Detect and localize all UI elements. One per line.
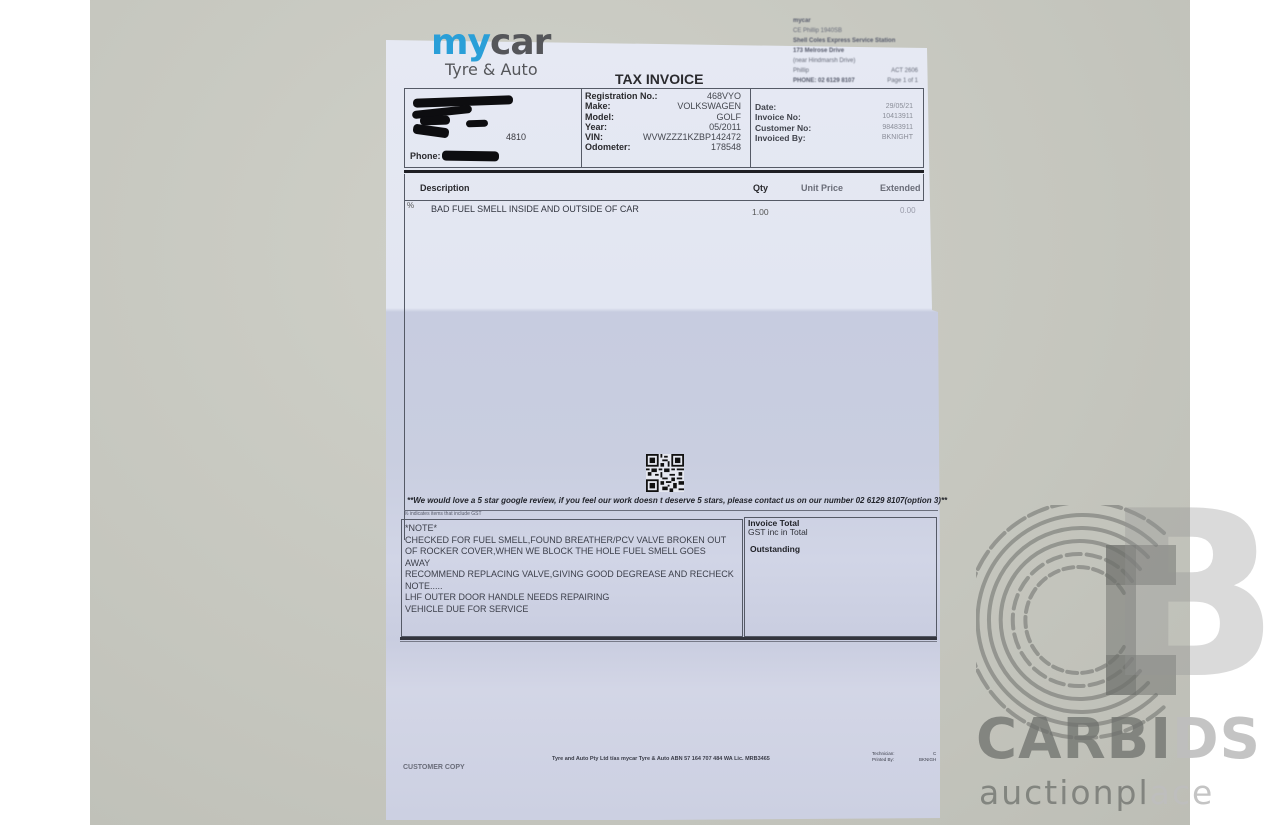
vehicle-row: Model:GOLF xyxy=(585,112,741,122)
customer-postcode: 4810 xyxy=(506,132,526,142)
review-request: **We would love a 5 star google review, … xyxy=(407,496,947,505)
vehicle-label: VIN: xyxy=(585,132,603,142)
redaction-phone xyxy=(442,151,499,162)
vehicle-label: Odometer: xyxy=(585,142,631,152)
vehicle-value: 178548 xyxy=(711,142,741,152)
vehicle-row: Make:VOLKSWAGEN xyxy=(585,101,741,111)
technician-notes: *NOTE* CHECKED FOR FUEL SMELL,FOUND BREA… xyxy=(405,523,734,615)
watermark-brand: CARBIDS xyxy=(976,712,1261,768)
vehicle-label: Model: xyxy=(585,112,614,122)
customer-copy-label: CUSTOMER COPY xyxy=(403,764,465,771)
detail-row: Invoiced By:BKNIGHT xyxy=(755,133,913,143)
store-state-postcode: ACT 2606 xyxy=(891,66,918,76)
detail-label: Invoice No: xyxy=(755,112,801,122)
watermark-b-letter: B xyxy=(1104,482,1279,712)
table-left-border xyxy=(404,200,405,540)
detail-label: Date: xyxy=(755,102,776,112)
logo-my: my xyxy=(431,22,490,63)
detail-row: Date:29/05/21 xyxy=(755,102,913,112)
invoice-details: Date:29/05/21 Invoice No:10413911 Custom… xyxy=(755,102,913,143)
table-header-box xyxy=(404,174,924,201)
store-address: mycar CE Phillip 1940SB Shell Coles Expr… xyxy=(793,16,918,86)
watermark-brand-part: DS xyxy=(1172,707,1261,772)
col-qty: Qty xyxy=(753,183,768,193)
header-divider xyxy=(581,89,582,167)
detail-value: BKNIGHT xyxy=(882,133,913,143)
item-qty: 1.00 xyxy=(752,207,769,217)
store-line: CE Phillip 1940SB xyxy=(793,26,918,36)
mycar-logo: mycar xyxy=(431,25,550,61)
store-phone: PHONE: 02 6129 8107 xyxy=(793,76,855,86)
technician-values: C BKNIGH xyxy=(919,751,936,763)
gst-footnote: % indicates items that include GST xyxy=(404,511,482,517)
redaction-suburb xyxy=(420,115,450,125)
col-unit-price: Unit Price xyxy=(801,183,843,193)
detail-label: Customer No: xyxy=(755,123,811,133)
header-divider xyxy=(750,89,751,167)
detail-value: 98483911 xyxy=(882,123,913,133)
qr-code xyxy=(646,454,684,492)
table-top-rule xyxy=(404,170,924,173)
printed-by-value: BKNIGH xyxy=(919,757,936,763)
vehicle-value: 05/2011 xyxy=(709,122,741,132)
item-extended: 0.00 xyxy=(900,206,916,215)
store-suburb: Phillip xyxy=(793,66,809,76)
bottom-rule xyxy=(400,637,937,640)
watermark-brand-part: CARBI xyxy=(976,707,1172,772)
printed-by-label: Printed By: xyxy=(872,757,895,763)
company-abn-line: Tyre and Auto Pty Ltd t/as mycar Tyre & … xyxy=(552,756,770,762)
separator-line xyxy=(404,510,938,511)
store-name: mycar xyxy=(793,16,918,26)
watermark-sub-part: auctionpl xyxy=(979,773,1150,812)
vehicle-details: Registration No.:468VYO Make:VOLKSWAGEN … xyxy=(585,91,741,153)
detail-row: Invoice No:10413911 xyxy=(755,112,913,122)
invoice-document: mycar Tyre & Auto TAX INVOICE mycar CE P… xyxy=(90,0,1190,825)
vehicle-row: Odometer:178548 xyxy=(585,142,741,152)
vehicle-label: Registration No.: xyxy=(585,91,658,101)
logo-tagline: Tyre & Auto xyxy=(445,60,538,79)
vehicle-value: WVWZZZ1KZBP142472 xyxy=(643,132,741,142)
bottom-rule-thin xyxy=(400,641,937,642)
col-description: Description xyxy=(420,183,470,193)
vehicle-label: Make: xyxy=(585,101,611,111)
item-description: BAD FUEL SMELL INSIDE AND OUTSIDE OF CAR xyxy=(431,204,639,214)
technician-labels: Technician: Printed By: xyxy=(872,751,895,763)
vehicle-label: Year: xyxy=(585,122,607,132)
detail-row: Customer No:98483911 xyxy=(755,123,913,133)
store-line: 173 Melrose Drive xyxy=(793,46,918,56)
vehicle-row: VIN:WVWZZZ1KZBP142472 xyxy=(585,132,741,142)
gst-marker: % xyxy=(407,201,414,210)
detail-value: 10413911 xyxy=(882,112,913,122)
customer-phone-label: Phone: xyxy=(410,151,441,161)
store-line: Shell Coles Express Service Station xyxy=(793,36,918,46)
detail-label: Invoiced By: xyxy=(755,133,806,143)
vehicle-row: Registration No.:468VYO xyxy=(585,91,741,101)
invoice-title: TAX INVOICE xyxy=(615,71,703,87)
watermark-subtitle: auctionplace xyxy=(979,776,1214,809)
redaction-suburb2 xyxy=(466,120,488,128)
logo-car: car xyxy=(490,22,550,63)
watermark-sub-part: ace xyxy=(1150,773,1215,812)
store-line: (near Hindmarsh Drive) xyxy=(793,56,918,66)
detail-value: 29/05/21 xyxy=(886,102,913,112)
page-count: Page 1 of 1 xyxy=(887,76,918,86)
vehicle-value: 468VYO xyxy=(707,91,741,101)
vehicle-row: Year:05/2011 xyxy=(585,122,741,132)
outstanding-label: Outstanding xyxy=(750,544,800,554)
col-extended: Extended xyxy=(880,183,921,193)
vehicle-value: GOLF xyxy=(716,112,741,122)
vehicle-value: VOLKSWAGEN xyxy=(677,101,741,111)
gst-label: GST inc in Total xyxy=(748,527,808,537)
